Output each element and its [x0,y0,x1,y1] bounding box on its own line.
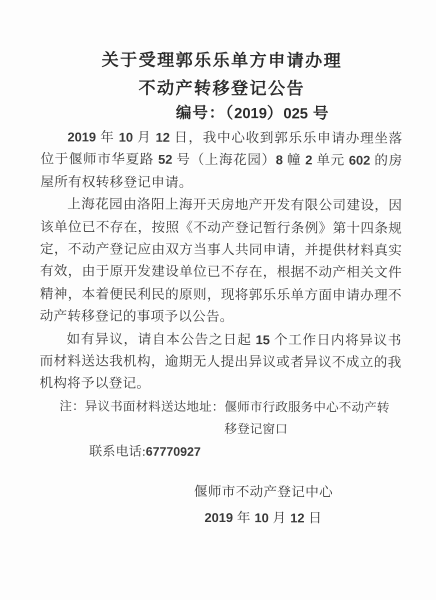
doc-number-row: 编号：（2019）025 号 [41,103,403,125]
signature-organization: 偃师市不动产登记中心 [194,479,333,506]
signature-block: 偃师市不动产登记中心 2019 年 10 月 12 日 [194,479,333,532]
paragraph-objection-period: 如有异议，请自本公告之日起 15 个工作日内将异议书而材料送达我机构，逾期无人提… [39,328,401,397]
note-delivery-address: 偃师市行政服务中心不动产转移登记窗口 [224,396,396,442]
contact-phone: 联系电话:67770927 [89,440,401,464]
note-row: 注： 异议书面材料送达地址： 偃师市行政服务中心不动产转移登记窗口 [39,395,401,441]
notice-title-line2: 不动产转移登记公告 [41,74,403,104]
note-delivery-address-heading: 异议书面材料送达地址： [85,395,225,418]
notice-document: 关于受理郭乐乐单方申请办理 不动产转移登记公告 编号：（2019）025 号 2… [0,0,436,532]
paragraph-application-received: 2019 年 10 月 12 日，我中心收到郭乐乐申请办理坐落位于偃师市华夏路 … [40,126,402,195]
doc-number: 编号：（2019）025 号 [176,104,330,125]
note-label: 注： [59,395,85,418]
signature-date: 2019 年 10 月 12 日 [194,505,333,532]
scanned-notice-page: 关于受理郭乐乐单方申请办理 不动产转移登记公告 编号：（2019）025 号 2… [0,0,436,600]
notice-title-line1: 关于受理郭乐乐单方申请办理 [41,46,403,76]
paragraph-legal-basis: 上海花园由洛阳上海开天房地产开发有限公司建设，因该单位已不存在，按照《不动产登记… [40,193,403,329]
